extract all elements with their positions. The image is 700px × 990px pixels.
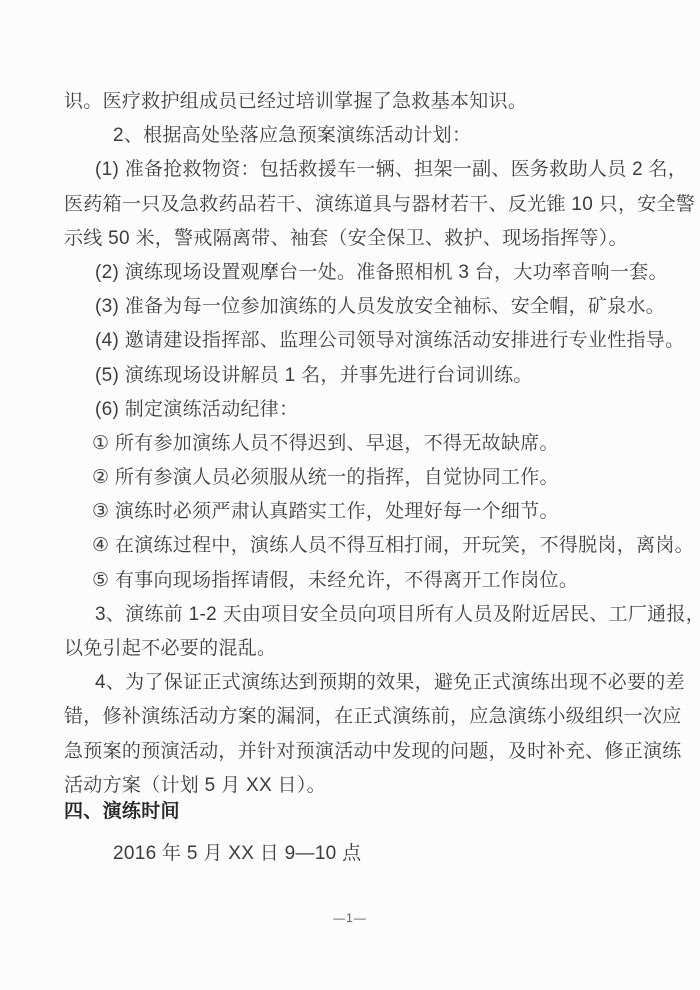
text-line: 急预案的预演活动，并针对预演活动中发现的问题，及时补充、修正演练 bbox=[64, 735, 636, 769]
text-line: 2016 年 5 月 XX 日 9—10 点 bbox=[64, 837, 636, 871]
text-line: 以免引起不必要的混乱。 bbox=[64, 632, 636, 666]
text-line: 4、为了保证正式演练达到预期的效果，避免正式演练出现不必要的差 bbox=[64, 666, 636, 700]
text-line: ④ 在演练过程中，演练人员不得互相打闹，开玩笑，不得脱岗，离岗。 bbox=[64, 529, 636, 563]
text-line: ① 所有参加演练人员不得迟到、早退，不得无故缺席。 bbox=[64, 427, 636, 461]
text-line: (1) 准备抢救物资：包括救援车一辆、担架一副、医务救助人员 2 名， bbox=[64, 153, 636, 187]
text-line: 示线 50 米，警戒隔离带、袖套（安全保卫、救护、现场指挥等）。 bbox=[64, 222, 636, 256]
text-line: 识。医疗救护组成员已经过培训掌握了急救基本知识。 bbox=[64, 85, 636, 119]
document-body: 识。医疗救护组成员已经过培训掌握了急救基本知识。2、根据高处坠落应急预案演练活动… bbox=[64, 85, 636, 871]
text-line: (2) 演练现场设置观摩台一处。准备照相机 3 台，大功率音响一套。 bbox=[64, 256, 636, 290]
text-line: 2、根据高处坠落应急预案演练活动计划： bbox=[64, 119, 636, 153]
text-line: ⑤ 有事向现场指挥请假，未经允许，不得离开工作岗位。 bbox=[64, 564, 636, 598]
document-page: 识。医疗救护组成员已经过培训掌握了急救基本知识。2、根据高处坠落应急预案演练活动… bbox=[0, 0, 700, 990]
text-line: ② 所有参演人员必须服从统一的指挥，自觉协同工作。 bbox=[64, 461, 636, 495]
text-line: 医药箱一只及急救药品若干、演练道具与器材若干、反光锥 10 只，安全警 bbox=[64, 188, 636, 222]
text-line: 错，修补演练活动方案的漏洞，在正式演练前，应急演练小级组织一次应 bbox=[64, 700, 636, 734]
text-line: (6) 制定演练活动纪律： bbox=[64, 393, 636, 427]
text-line: ③ 演练时必须严肃认真踏实工作，处理好每一个细节。 bbox=[64, 495, 636, 529]
page-number: —1— bbox=[0, 910, 700, 926]
text-line: 3、演练前 1-2 天由项目安全员向项目所有人员及附近居民、工厂通报， bbox=[64, 598, 636, 632]
section-heading: 四、演练时间 bbox=[64, 795, 636, 829]
text-line: (4) 邀请建设指挥部、监理公司领导对演练活动安排进行专业性指导。 bbox=[64, 324, 636, 358]
text-line: (3) 准备为每一位参加演练的人员发放安全袖标、安全帽，矿泉水。 bbox=[64, 290, 636, 324]
text-line: (5) 演练现场设讲解员 1 名，并事先进行台词训练。 bbox=[64, 359, 636, 393]
